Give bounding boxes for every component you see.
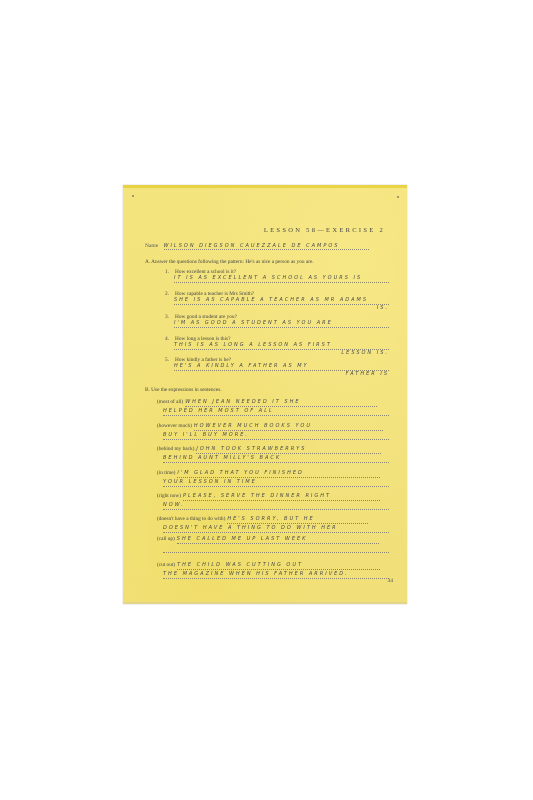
expression-line: (however much)HOWEVER MUCH BOOKS YOU [157,422,391,431]
lesson-title: LESSON 58—EXERCISE 2 [264,227,385,234]
sentence-line-1[interactable]: THE CHILD WAS CUTTING OUT [177,562,380,570]
sentence-line-1[interactable]: SHE CALLED ME UP LAST WEEK [177,536,380,544]
paper-speck [397,196,399,198]
sentence-line-2[interactable]: HELPED HER MOST OF ALL [163,407,389,416]
sentence-line-2[interactable]: BUY I'LL BUY MORE. [163,431,389,440]
expression-label: (behind my back) [157,445,194,454]
expression-line: (right now)PLEASE, SERVE THE DINNER RIGH… [157,492,391,501]
expression-label: (doesn't have a thing to do with) [157,515,225,524]
name-field[interactable]: WILSON DIEGSON CAUEZZALE DE CAMPOS [164,243,369,250]
sentence-line-2[interactable]: THE MAGAZINE WHEN HIS FATHER ARRIVED. [163,570,389,579]
expression-item: (however much)HOWEVER MUCH BOOKS YOUBUY … [157,422,391,440]
question-item: 3.How good a student are you?I'M AS GOOD… [165,314,390,328]
expression-line: (call up)SHE CALLED ME UP LAST WEEK [157,535,391,544]
expression-item: (most of all)WHEN JEAN NEEDED IT SHEHELP… [157,398,391,416]
question-item: 1.How excellent a school is it?IT IS AS … [165,269,390,283]
expression-label: (in time) [157,469,175,478]
question-item: 2.How capable a teacher is Mrs Smith?SHE… [165,291,390,312]
sentence-line-1[interactable]: HOWEVER MUCH BOOKS YOU [194,423,384,431]
expression-item: (doesn't have a thing to do with)HE'S SO… [157,515,391,533]
page-number: 34 [388,578,394,584]
expression-label: (call up) [157,535,175,544]
paper-top-edge [123,185,407,188]
answer-continuation[interactable]: LESSON IS. [174,350,389,357]
sentence-line-1[interactable]: WHEN JEAN NEEDED IT SHE [185,399,377,407]
expression-line: (most of all)WHEN JEAN NEEDED IT SHE [157,398,391,407]
expression-line: (doesn't have a thing to do with)HE'S SO… [157,515,391,524]
expression-line: (behind my back)JOHN TOOK STRAWBERRYS [157,445,391,454]
name-label: Name [145,243,158,249]
expression-item: (cut out)THE CHILD WAS CUTTING OUTTHE MA… [157,561,391,579]
answer-line[interactable]: IT IS AS EXCELLENT A SCHOOL AS YOURS IS [174,275,389,283]
answer-continuation[interactable]: FATHER IS [174,371,389,378]
answer-line[interactable]: THIS IS AS LONG A LESSON AS FIRST [174,342,389,350]
sentence-line-1[interactable]: JOHN TOOK STRAWBERRYS [196,446,380,454]
expression-label: (most of all) [157,398,183,407]
paper-bottom-edge [123,602,407,604]
answer-line[interactable]: HE'S A KINDLY A FATHER AS MY [174,363,389,371]
expression-item: (behind my back)JOHN TOOK STRAWBERRYSBEH… [157,445,391,463]
answer-continuation[interactable]: IS. [174,305,389,312]
expression-label: (however much) [157,422,192,431]
expression-item: (right now)PLEASE, SERVE THE DINNER RIGH… [157,492,391,510]
paper-speck [132,195,134,197]
expression-item: (in time)I'M GLAD THAT YOU FINISHEDYOUR … [157,469,391,487]
section-a-heading: A. Answer the questions following the pa… [145,259,314,265]
expression-line: (in time)I'M GLAD THAT YOU FINISHED [157,469,391,478]
section-b-heading: B. Use the expressions in sentences. [145,387,222,393]
question-item: 4.How long a lesson is this?THIS IS AS L… [165,336,390,357]
expression-line: (cut out)THE CHILD WAS CUTTING OUT [157,561,391,570]
expression-label: (right now) [157,492,181,501]
sentence-line-2[interactable]: DOESN'T HAVE A THING TO DO WITH HER [163,524,389,533]
worksheet-paper: LESSON 58—EXERCISE 2 Name WILSON DIEGSON… [123,185,407,604]
answer-line[interactable]: SHE IS AS CAPABLE A TEACHER AS MR ADAMS [174,297,389,305]
expression-label: (cut out) [157,561,175,570]
sentence-line-1[interactable]: HE'S SORRY, BUT HE [227,516,367,524]
sentence-line-1[interactable]: I'M GLAD THAT YOU FINISHED [177,470,380,478]
sentence-line-2[interactable]: BEHIND AUNT MILLY'S BACK [163,454,389,463]
sentence-line-1[interactable]: PLEASE, SERVE THE DINNER RIGHT [183,493,380,501]
name-row: Name WILSON DIEGSON CAUEZZALE DE CAMPOS [145,243,385,250]
answer-line[interactable]: I'M AS GOOD A STUDENT AS YOU ARE [174,320,389,328]
question-item: 5.How kindly a father is he?HE'S A KINDL… [165,357,390,378]
expression-item: (call up)SHE CALLED ME UP LAST WEEK [157,535,391,553]
sentence-line-2[interactable]: YOUR LESSON IN TIME [163,478,389,487]
sentence-line-2[interactable] [163,544,389,553]
sentence-line-2[interactable]: NOW. [163,501,389,510]
